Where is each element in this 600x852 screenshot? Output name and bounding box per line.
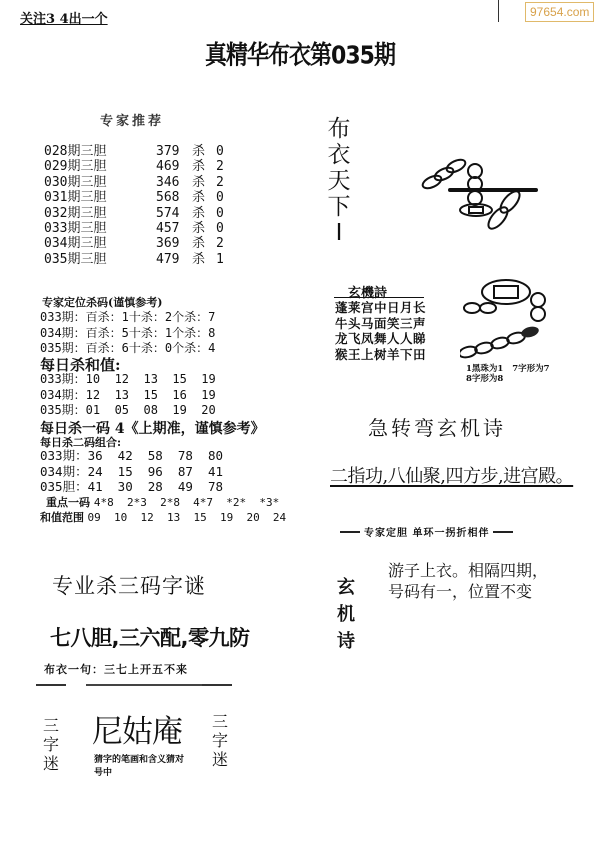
xuanji-line: 游子上衣。相隔四期， bbox=[388, 560, 548, 581]
position-kill-list: 033期：百杀：1十杀：2个杀：7 034期：百杀：5十杀：1个杀：8 035期… bbox=[40, 310, 215, 357]
expert-dan-line: 专家定胆 单环一拐折相伴 bbox=[340, 524, 513, 539]
key-code-line: 重点一码 4*8 2*3 2*8 4*7 *2* *3* bbox=[46, 494, 279, 510]
divider bbox=[36, 684, 66, 686]
kill-cell: 2 bbox=[216, 175, 224, 190]
issue-cell: 031期三胆 bbox=[44, 190, 156, 205]
kill-cell: 2 bbox=[216, 236, 224, 251]
table-row: 035期三胆479杀1 bbox=[44, 252, 224, 267]
kill-label-cell: 杀 bbox=[192, 236, 216, 251]
issue-cell: 030期三胆 bbox=[44, 175, 156, 190]
riddle-hint: 猜字的笔画和含义猜对号中 bbox=[94, 754, 184, 780]
abacus-beads-illustration bbox=[418, 150, 538, 230]
bead-note-line: 8字形为8 bbox=[466, 374, 550, 384]
kill-cell: 0 bbox=[216, 144, 224, 159]
table-row: 030期三胆346杀2 bbox=[44, 175, 224, 190]
poem-line: 牛头马面笑三声 bbox=[335, 316, 426, 332]
poem-line: 蓬莱宫中日月长 bbox=[335, 300, 426, 316]
mystic-poem-title: 玄機詩 bbox=[348, 282, 387, 301]
table-row: 031期三胆568杀0 bbox=[44, 190, 224, 205]
kill-label-cell: 杀 bbox=[192, 221, 216, 236]
page-title: 真精华布衣第035期 bbox=[0, 36, 600, 72]
riddle-main-word: 尼姑庵 bbox=[92, 706, 182, 751]
riddle-heading: 专业杀三码字谜 bbox=[52, 570, 206, 600]
table-row: 028期三胆379杀0 bbox=[44, 144, 224, 159]
dash-decoration bbox=[340, 531, 360, 533]
expert-picks-table: 028期三胆379杀0029期三胆469杀2030期三胆346杀2031期三胆5… bbox=[44, 144, 224, 267]
issue-cell: 029期三胆 bbox=[44, 159, 156, 174]
list-item: 033期：百杀：1十杀：2个杀：7 bbox=[40, 310, 215, 326]
nums-cell: 346 bbox=[156, 175, 192, 190]
table-row: 029期三胆469杀2 bbox=[44, 159, 224, 174]
table-row: 032期三胆574杀0 bbox=[44, 206, 224, 221]
nums-cell: 457 bbox=[156, 221, 192, 236]
table-row: 033期三胆457杀0 bbox=[44, 221, 224, 236]
nums-cell: 369 bbox=[156, 236, 192, 251]
kill-cell: 2 bbox=[216, 159, 224, 174]
issue-cell: 032期三胆 bbox=[44, 206, 156, 221]
xuanji-vertical-label: 玄机诗 bbox=[336, 574, 356, 655]
xuanji-text: 游子上衣。相隔四期， 号码有一，位置不变 bbox=[388, 560, 548, 602]
sum-range-line: 和值范围 09 10 12 13 15 19 20 24 bbox=[40, 509, 286, 525]
riddle-line: 七八胆,三六配,零九防 bbox=[50, 622, 249, 652]
watermark-badge[interactable]: 97654.com bbox=[525, 2, 594, 22]
nums-cell: 469 bbox=[156, 159, 192, 174]
kill-label-cell: 杀 bbox=[192, 206, 216, 221]
issue-cell: 034期三胆 bbox=[44, 236, 156, 251]
nums-cell: 379 bbox=[156, 144, 192, 159]
issue-cell: 033期三胆 bbox=[44, 221, 156, 236]
riddle-side-label-left: 三字迷 bbox=[42, 716, 60, 773]
table-row: 034期三胆369杀2 bbox=[44, 236, 224, 251]
sum-range-value: 09 10 12 13 15 19 20 24 bbox=[88, 511, 287, 524]
nums-cell: 568 bbox=[156, 190, 192, 205]
kill-label-cell: 杀 bbox=[192, 190, 216, 205]
daily-two-code-list: 033期：36 42 58 78 80 034期：24 15 96 87 41 … bbox=[40, 448, 223, 495]
kill-label-cell: 杀 bbox=[192, 159, 216, 174]
list-item: 035胆：41 30 28 49 78 bbox=[40, 479, 223, 495]
kill-cell: 0 bbox=[216, 221, 224, 236]
list-item: 034期：百杀：5十杀：1个杀：8 bbox=[40, 326, 215, 342]
poem-line: 猴王上树羊下田 bbox=[335, 347, 426, 363]
bead-note-line: 1黑珠为1 7字形为7 bbox=[466, 364, 550, 374]
list-item: 034期：24 15 96 87 41 bbox=[40, 464, 223, 480]
nums-cell: 574 bbox=[156, 206, 192, 221]
list-item: 035期：01 05 08 19 20 bbox=[40, 403, 216, 419]
sharp-turn-heading: 急转弯玄机诗 bbox=[368, 412, 506, 441]
issue-cell: 035期三胆 bbox=[44, 252, 156, 267]
kill-cell: 0 bbox=[216, 206, 224, 221]
kill-label-cell: 杀 bbox=[192, 175, 216, 190]
issue-cell: 028期三胆 bbox=[44, 144, 156, 159]
sum-range-label: 和值范围 bbox=[40, 511, 84, 524]
key-code-value: 4*8 2*3 2*8 4*7 *2* *3* bbox=[94, 496, 279, 509]
bead-note: 1黑珠为1 7字形为78字形为8 bbox=[466, 364, 550, 384]
riddle-side-label-right: 三字迷 bbox=[211, 712, 229, 769]
expert-picks-heading: 专家推荐 bbox=[100, 110, 164, 129]
position-kill-heading: 专家定位杀码(谨慎参考) bbox=[42, 294, 162, 310]
kill-label-cell: 杀 bbox=[192, 144, 216, 159]
mystic-poem-lines: 蓬莱宫中日月长 牛头马面笑三声 龙飞凤舞人人睇 猴王上树羊下田 bbox=[335, 300, 426, 362]
buyi-sentence: 布衣一句：三七上开五不来 bbox=[44, 661, 188, 677]
kill-label-cell: 杀 bbox=[192, 252, 216, 267]
kill-cell: 1 bbox=[216, 252, 224, 267]
nums-cell: 479 bbox=[156, 252, 192, 267]
divider bbox=[86, 684, 202, 686]
dash-decoration bbox=[493, 531, 513, 533]
sharp-turn-line: 二指功,八仙聚,四方步,进宫殿。 bbox=[330, 462, 573, 488]
xuanji-line: 号码有一，位置不变 bbox=[388, 581, 548, 602]
divider bbox=[202, 684, 232, 686]
kill-cell: 0 bbox=[216, 190, 224, 205]
buyi-tianxia-vertical: 布衣天下I bbox=[326, 116, 352, 246]
key-code-label: 重点一码 bbox=[46, 496, 90, 509]
list-item: 034期：12 13 15 16 19 bbox=[40, 388, 216, 404]
poem-line: 龙飞凤舞人人睇 bbox=[335, 331, 426, 347]
expert-dan-text: 专家定胆 单环一拐折相伴 bbox=[364, 524, 489, 539]
divider bbox=[498, 0, 499, 22]
list-item: 033期：36 42 58 78 80 bbox=[40, 448, 223, 464]
list-item: 033期：10 12 13 15 19 bbox=[40, 372, 216, 388]
focus-note: 关注3 4出一个 bbox=[20, 8, 108, 27]
divider bbox=[334, 297, 424, 298]
bead-chain-illustration bbox=[460, 276, 570, 362]
daily-sum-kill-list: 033期：10 12 13 15 19 034期：12 13 15 16 19 … bbox=[40, 372, 216, 419]
